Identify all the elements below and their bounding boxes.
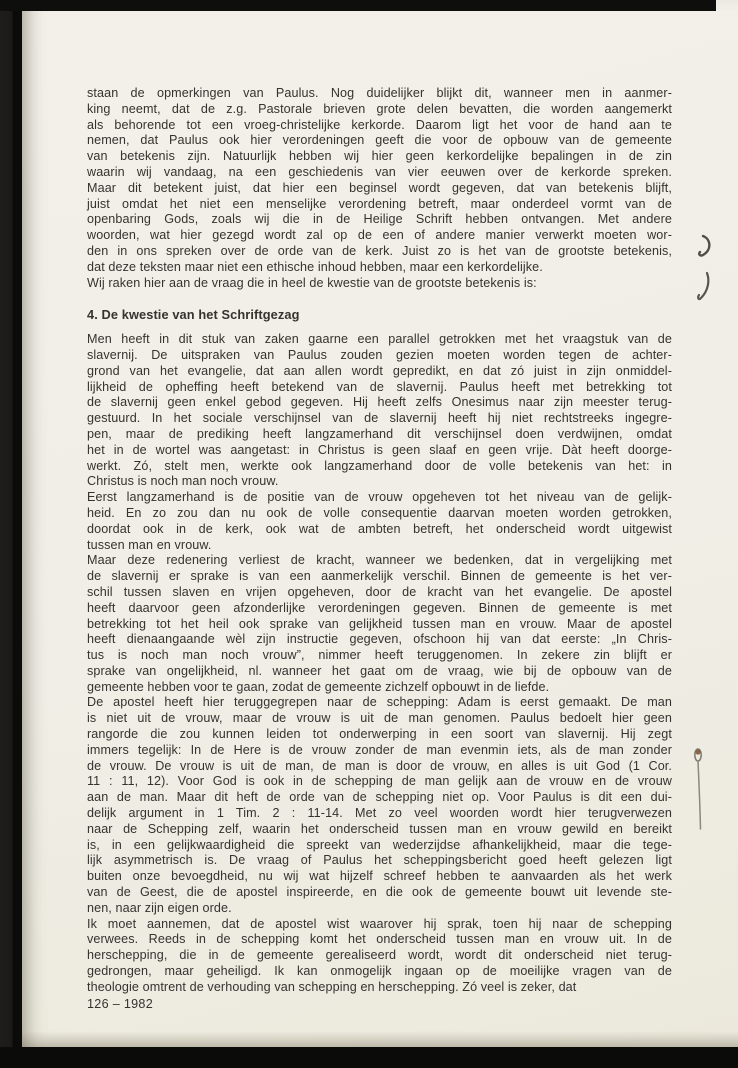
text-line: schil tussen slaven en vrijen opgeheven,… [87, 585, 672, 601]
text-line: is niet uit de vrouw, maar de vrouw is u… [87, 711, 672, 727]
text-line: nen, naar zijn eigen orde. [87, 901, 672, 917]
text-line: immers tegelijk: In de Here is de vrouw … [87, 743, 672, 759]
text-line: grond van het evangelie, dat aan allen w… [87, 364, 672, 380]
section-heading: 4. De kwestie van het Schriftgezag [87, 307, 672, 323]
text-line: king neemt, dat de z.g. Pastorale brieve… [87, 102, 672, 118]
text-line: herschepping, die in de gemeente gereali… [87, 948, 672, 964]
text-line: werkt. Zó, stelt men, werkte ook langzam… [87, 459, 672, 475]
text-line: den in ons spreken over de orde van de k… [87, 244, 672, 260]
text-line: gemeente hebben voor te gaan, zodat de g… [87, 680, 672, 696]
text-line: De apostel heeft hier teruggegrepen naar… [87, 695, 672, 711]
text-line: gedrongen, maar geheiligd. Ik kan onmoge… [87, 964, 672, 980]
text-line: het in de wortel was aangetast: in Chris… [87, 443, 672, 459]
paragraph: Maar deze redenering verliest de kracht,… [87, 553, 672, 695]
text-line: betrekking tot het heil ook sprake van g… [87, 617, 672, 633]
text-line: theologie omtrent de verhouding van sche… [87, 980, 672, 996]
text-line: Maar deze redenering verliest de kracht,… [87, 553, 672, 569]
text-line: buiten onze bevoegdheid, nu wij wat hijz… [87, 869, 672, 885]
scan-border-bottom [0, 1047, 738, 1068]
text-line: sprake van ongelijkheid, nl. wanneer het… [87, 664, 672, 680]
scan-border-left [0, 0, 22, 1068]
text-line: slavernij. De uitspraken van Paulus zoud… [87, 348, 672, 364]
text-line: nemen, dat Paulus ook hier verordeningen… [87, 133, 672, 149]
page-text: staan de opmerkingen van Paulus. Nog dui… [87, 86, 672, 996]
paragraph: De apostel heeft hier teruggegrepen naar… [87, 695, 672, 916]
torn-staple-mark-icon [690, 232, 718, 306]
text-line: woorden, wat hier gezegd wordt zal op de… [87, 228, 672, 244]
text-line: Ik moet aannemen, dat de apostel wist wa… [87, 917, 672, 933]
document-page: staan de opmerkingen van Paulus. Nog dui… [22, 0, 738, 1047]
text-line: tussen man en vrouw. [87, 538, 672, 554]
scan-border-top [0, 0, 716, 11]
text-line: dat deze teksten maar niet een ethische … [87, 260, 672, 276]
text-line: naar de Schepping zelf, waarin het onder… [87, 822, 672, 838]
scanned-document-screenshot: { "colors": { "page_background": "#f1efe… [0, 0, 738, 1068]
text-line: aan de man. Maar dit heft de orde van de… [87, 790, 672, 806]
text-line: 11 : 11, 12). Voor God is ook in de sche… [87, 774, 672, 790]
text-line: lijkheid de opheffing heeft betekend van… [87, 380, 672, 396]
text-line: Eerst langzamerhand is de positie van de… [87, 490, 672, 506]
text-line: rangorde die zou kunnen leiden tot onder… [87, 727, 672, 743]
text-line: van de Geest, die de apostel inspireerde… [87, 885, 672, 901]
paragraph: Eerst langzamerhand is de positie van de… [87, 490, 672, 553]
text-line: de vrouw. De vrouw is uit de man, de man… [87, 759, 672, 775]
text-line: openbaring Gods, zoals wij die in de Hei… [87, 212, 672, 228]
text-line: heeft dienaangaande wèl zijn instructie … [87, 632, 672, 648]
text-line: als behorende tot een vroeg-christelijke… [87, 118, 672, 134]
text-line: gestuurd. In het sociale verschijnsel va… [87, 411, 672, 427]
paragraph: staan de opmerkingen van Paulus. Nog dui… [87, 86, 672, 276]
text-line: Wij raken hier aan de vraag die in heel … [87, 276, 672, 292]
paragraph: Men heeft in dit stuk van zaken gaarne e… [87, 332, 672, 490]
text-line: waarin wij vandaag, na een geschiedenis … [87, 165, 672, 181]
text-line: lijk asymmetrisch is. De vraag of Paulus… [87, 853, 672, 869]
text-line: van betekenis zijn. Natuurlijk hebben wi… [87, 149, 672, 165]
pin-scratch-mark-icon [691, 743, 709, 837]
text-line: verwees. Reeds in de schepping komt het … [87, 932, 672, 948]
text-line: heeft daarvoor geen afzonderlijke verord… [87, 601, 672, 617]
paragraph: Wij raken hier aan de vraag die in heel … [87, 276, 672, 292]
page-number-footer: 126 – 1982 [87, 997, 153, 1011]
text-line: Christus is noch man noch vrouw. [87, 474, 672, 490]
text-line: de slavernij er sprake is van een aanmer… [87, 569, 672, 585]
text-line: Maar dit betekent juist, dat hier een be… [87, 181, 672, 197]
text-line: doordat ook in de kerk, ook wat de ambte… [87, 522, 672, 538]
text-line: heid. En zo zou dan nu ook de volle cons… [87, 506, 672, 522]
text-line: de slavernij geen enkel gebod gegeven. H… [87, 395, 672, 411]
text-line: pen, maar de prediking heeft langzamerha… [87, 427, 672, 443]
text-line: juist omdat het niet een menselijke vero… [87, 197, 672, 213]
paragraph: Ik moet aannemen, dat de apostel wist wa… [87, 917, 672, 996]
text-line: tus is noch man noch vrouw”, nimmer heef… [87, 648, 672, 664]
text-line: is, in een gelijkwaardigheid die spreekt… [87, 838, 672, 854]
text-line: delijk argument in 1 Tim. 2 : 11-14. Met… [87, 806, 672, 822]
text-line: Men heeft in dit stuk van zaken gaarne e… [87, 332, 672, 348]
text-line: staan de opmerkingen van Paulus. Nog dui… [87, 86, 672, 102]
